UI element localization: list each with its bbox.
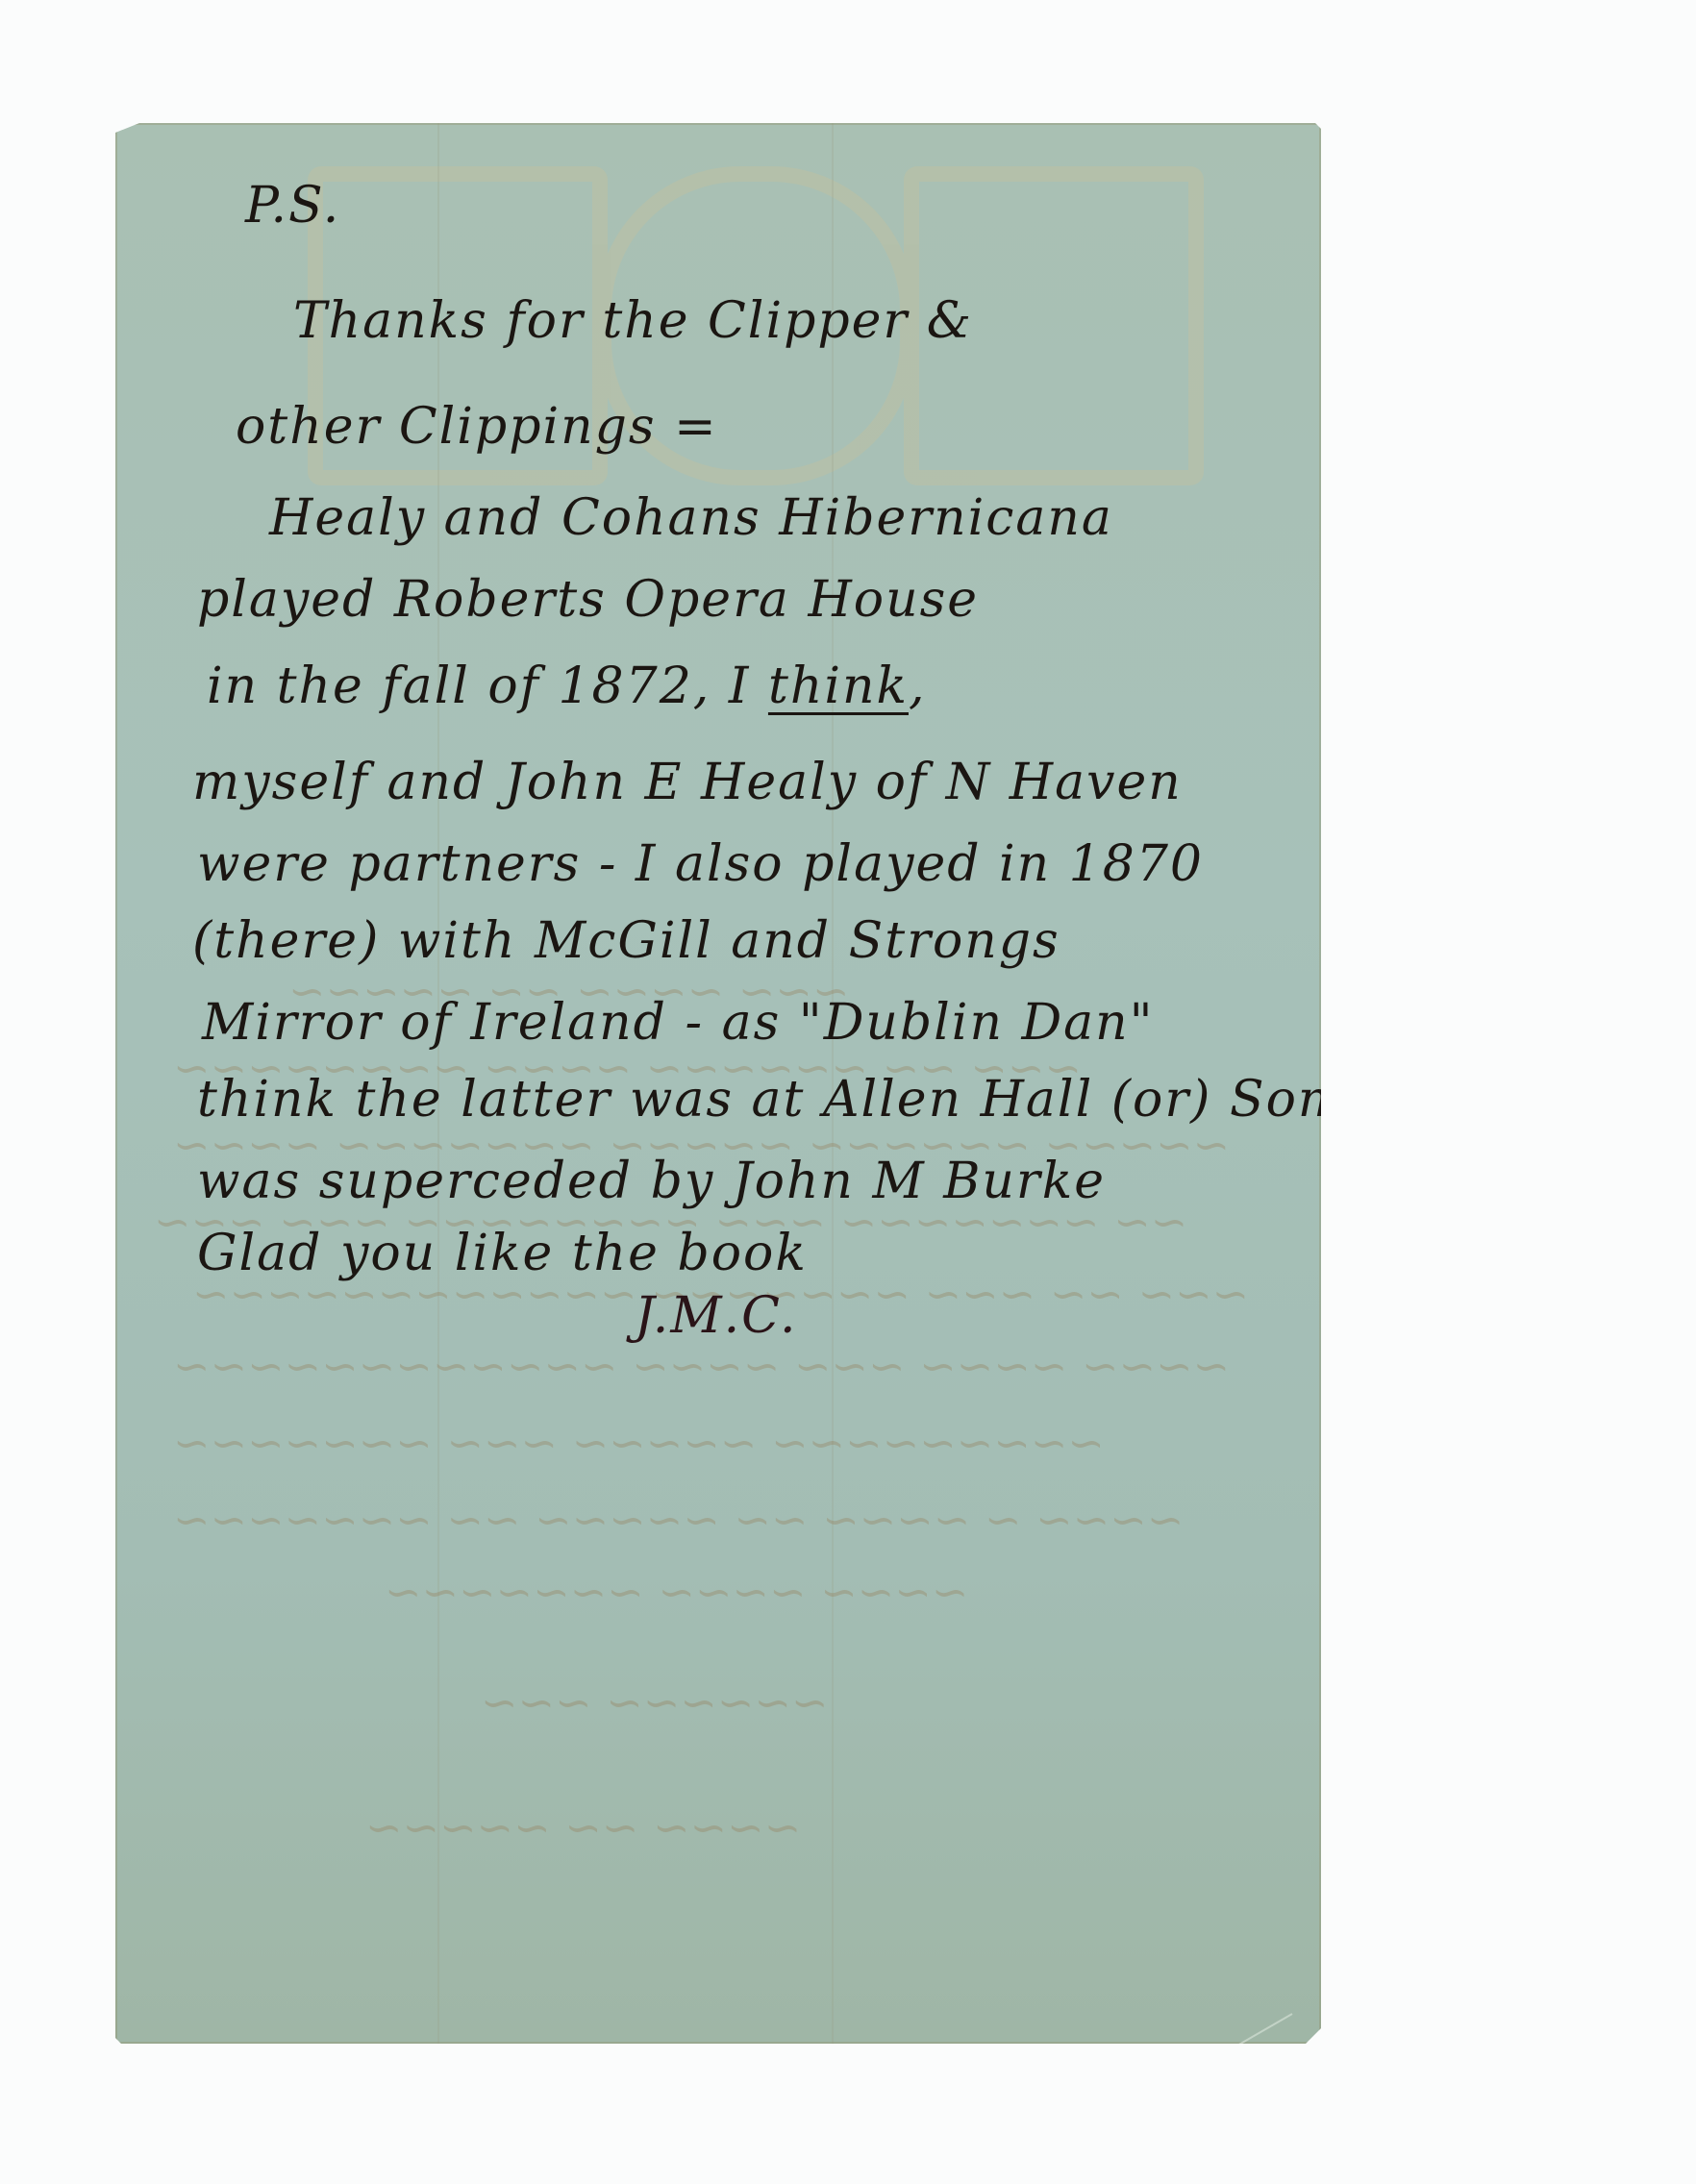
handwritten-line: think the latter was at Allen Hall (or) … <box>197 1075 1347 1125</box>
underlined-word: think <box>768 658 909 715</box>
handwritten-text: in the fall of 1872, I think, <box>207 658 927 715</box>
bleed-through-line: ~~~~~~ ~~~ <box>481 1680 829 1725</box>
handwritten-line: in the fall of 1872, I think, <box>207 661 927 711</box>
bleed-through-line: ~~~~ ~~~~ ~~~ ~~~~ ~~~~~~~~~~~~ <box>173 1344 1230 1388</box>
handwritten-line: Thanks for the Clipper & <box>293 296 973 346</box>
handwritten-line: myself and John E Healy of N Haven <box>192 757 1183 807</box>
handwritten-line: Mirror of Ireland - as "Dublin Dan" <box>202 998 1155 1048</box>
handwritten-line: played Roberts Opera House <box>197 575 979 625</box>
bleed-through-line: ~~~~~~~~~ ~~~~~ ~~~ ~~~~~~~ <box>173 1421 1105 1465</box>
bleed-through-line: ~~~~ ~~ ~~~~~ <box>365 1805 801 1849</box>
postscript-heading: P.S. <box>245 181 340 231</box>
letter-sheet: ~~~ ~~~~ ~~ ~~~~~ ~~~ ~~ ~~~~~~ ~~~~ ~~~… <box>115 123 1321 2044</box>
bleed-through-line: ~~~~ ~~~~ ~~~~~~~ <box>385 1570 968 1614</box>
handwritten-line: were partners - I also played in 1870 <box>197 839 1204 889</box>
handwritten-line: Glad you like the book <box>197 1228 808 1278</box>
handwritten-line: (there) with McGill and Strongs <box>192 916 1060 966</box>
bleed-through-line: ~~~~ ~ ~~~~ ~~ ~~~~~ ~~ ~~~~~~~ <box>173 1498 1184 1542</box>
paper-crease <box>1125 2013 1292 2111</box>
signature-initials: J.M.C. <box>635 1291 798 1341</box>
handwritten-line: other Clippings = <box>236 402 718 452</box>
handwritten-line: was superceded by John M Burke <box>197 1156 1106 1206</box>
handwritten-line: Healy and Cohans Hibernicana <box>269 493 1113 543</box>
